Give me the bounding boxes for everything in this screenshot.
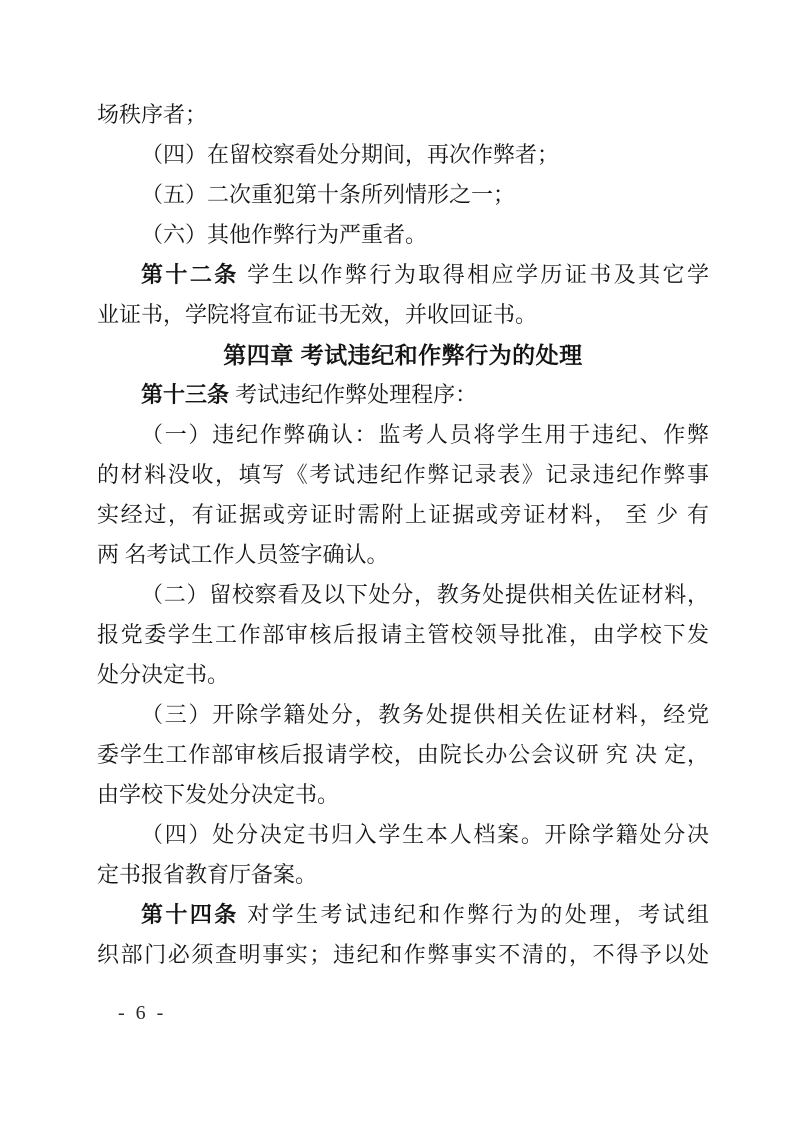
article-number: 第四章 考试违纪和作弊行为的处理 <box>223 342 582 368</box>
article-number: 第十三条 <box>141 382 235 407</box>
text-line: 的材料没收，填写《考试违纪作弊记录表》记录违纪作弊事 <box>97 455 709 495</box>
text-segment: 场秩序者； <box>97 102 207 127</box>
text-line: 两 名考试工作人员签字确认。 <box>97 535 709 575</box>
text-line: （一）违纪作弊确认：监考人员将学生用于违纪、作弊 <box>97 415 709 455</box>
text-line: 场秩序者； <box>97 95 709 135</box>
text-segment: 对学生考试违纪和作弊行为的处理，考试组 <box>247 902 709 927</box>
text-segment: 考试违纪作弊处理程序： <box>235 382 477 407</box>
text-line: 第十三条 考试违纪作弊处理程序： <box>97 375 709 415</box>
text-segment: 学生以作弊行为取得相应学历证书及其它学 <box>247 262 709 287</box>
text-line: （四）在留校察看处分期间，再次作弊者； <box>97 135 709 175</box>
text-segment: （四）处分决定书归入学生本人档案。开除学籍处分决 <box>141 822 709 847</box>
text-segment: （一）违纪作弊确认：监考人员将学生用于违纪、作弊 <box>141 422 709 447</box>
text-segment: （六）其他作弊行为严重者。 <box>141 222 427 247</box>
text-segment: （五）二次重犯第十条所列情形之一； <box>141 182 515 207</box>
chapter-heading: 第四章 考试违纪和作弊行为的处理 <box>97 335 709 375</box>
text-line: 处分决定书。 <box>97 655 709 695</box>
text-line: 由学校下发处分决定书。 <box>97 775 709 815</box>
text-block: 场秩序者；（四）在留校察看处分期间，再次作弊者；（五）二次重犯第十条所列情形之一… <box>97 95 709 975</box>
text-segment: （二）留校察看及以下处分，教务处提供相关佐证材料， <box>141 582 709 607</box>
article-number: 第十二条 <box>141 262 247 287</box>
text-line: （三）开除学籍处分，教务处提供相关佐证材料，经党 <box>97 695 709 735</box>
text-segment: 报党委学生工作部审核后报请主管校领导批准，由学校下发 <box>97 622 709 647</box>
text-line: 第十二条 学生以作弊行为取得相应学历证书及其它学 <box>97 255 709 295</box>
text-segment: （三）开除学籍处分，教务处提供相关佐证材料，经党 <box>141 702 709 727</box>
text-line: （六）其他作弊行为严重者。 <box>97 215 709 255</box>
text-line: （五）二次重犯第十条所列情形之一； <box>97 175 709 215</box>
text-segment: 处分决定书。 <box>97 662 229 687</box>
text-line: 实经过，有证据或旁证时需附上证据或旁证材料， 至 少 有 <box>97 495 709 535</box>
article-number: 第十四条 <box>141 902 247 927</box>
text-segment: 业证书，学院将宣布证书无效，并收回证书。 <box>97 302 537 327</box>
text-segment: （四）在留校察看处分期间，再次作弊者； <box>141 142 559 167</box>
text-line: 定书报省教育厅备案。 <box>97 855 709 895</box>
text-line: 报党委学生工作部审核后报请主管校领导批准，由学校下发 <box>97 615 709 655</box>
text-segment: 由学校下发处分决定书。 <box>97 782 339 807</box>
text-segment: 实经过，有证据或旁证时需附上证据或旁证材料， 至 少 有 <box>97 502 709 527</box>
text-line: （二）留校察看及以下处分，教务处提供相关佐证材料， <box>97 575 709 615</box>
text-segment: 两 名考试工作人员签字确认。 <box>97 542 389 567</box>
text-segment: 的材料没收，填写《考试违纪作弊记录表》记录违纪作弊事 <box>97 462 709 487</box>
text-segment: 织部门必须查明事实；违纪和作弊事实不清的，不得予以处 <box>97 942 709 967</box>
text-line: 织部门必须查明事实；违纪和作弊事实不清的，不得予以处 <box>97 935 709 975</box>
text-line: （四）处分决定书归入学生本人档案。开除学籍处分决 <box>97 815 709 855</box>
text-segment: 定书报省教育厅备案。 <box>97 862 317 887</box>
text-line: 委学生工作部审核后报请学校，由院长办公会议研 究 决 定， <box>97 735 709 775</box>
text-line: 第十四条 对学生考试违纪和作弊行为的处理，考试组 <box>97 895 709 935</box>
document-page: 场秩序者；（四）在留校察看处分期间，再次作弊者；（五）二次重犯第十条所列情形之一… <box>0 0 793 1122</box>
text-line: 业证书，学院将宣布证书无效，并收回证书。 <box>97 295 709 335</box>
text-segment: 委学生工作部审核后报请学校，由院长办公会议研 究 决 定， <box>97 742 709 767</box>
page-number: - 6 - <box>118 1002 166 1025</box>
